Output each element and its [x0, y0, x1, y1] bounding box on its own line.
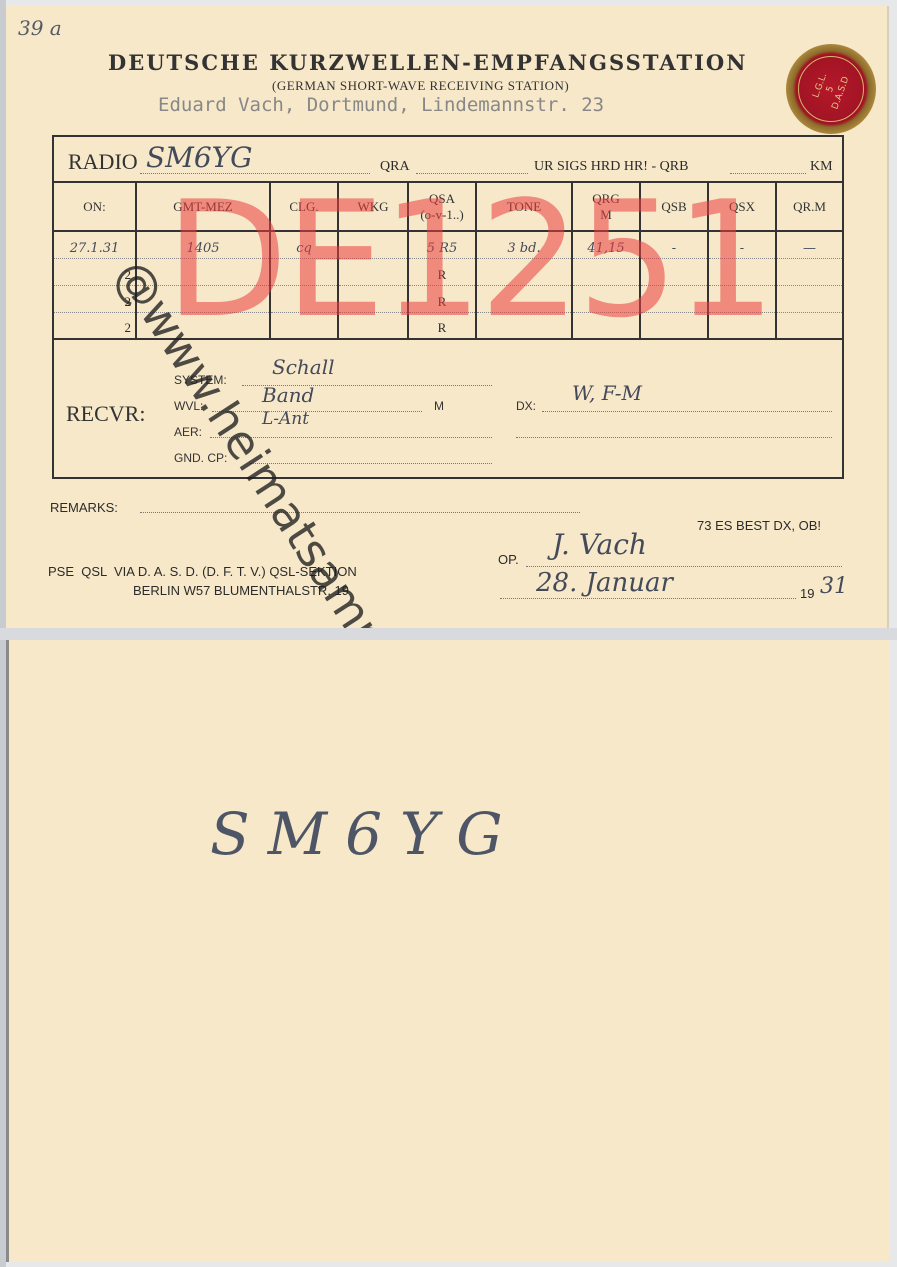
dx-dotted-line — [542, 411, 832, 412]
operator-label: OP. — [498, 552, 519, 567]
aer-label: AER: — [174, 425, 202, 439]
remarks-label: REMARKS: — [50, 500, 118, 515]
dx-label: DX: — [516, 399, 536, 413]
wax-seal-icon: L.G.L. 5 D.A.S.D — [786, 44, 876, 134]
scan-gap — [0, 628, 897, 640]
cell-qrm — [776, 285, 842, 312]
card-title: DEUTSCHE KURZWELLEN-EMPFANGSSTATION — [108, 50, 747, 75]
system-value: Schall — [272, 355, 335, 379]
radio-label: RADIO — [68, 149, 138, 175]
qsl-card-back — [6, 640, 890, 1262]
back-callsign: SM6YG — [210, 800, 521, 868]
cell-qrm: — — [776, 231, 842, 258]
receiver-label: RECVR: — [66, 401, 145, 427]
aer-value: L-Ant — [262, 409, 309, 429]
dx-value: W, F-M — [572, 381, 642, 405]
cell-qrm — [776, 258, 842, 285]
archive-number: 39 a — [18, 16, 62, 40]
seal-ring: L.G.L. 5 D.A.S.D — [798, 56, 864, 122]
sender-address: Eduard Vach, Dortmund, Lindemannstr. 23 — [158, 94, 604, 116]
wvl-value: Band — [262, 383, 314, 407]
cell-date: 27.1.31 — [54, 231, 136, 258]
remarks-dotted-line — [140, 512, 580, 513]
year-prefix: 19 — [800, 586, 814, 601]
cell-date: 2 — [54, 312, 136, 339]
seal-text: L.G.L. 5 D.A.S.D — [810, 67, 853, 110]
cell-qrm — [776, 312, 842, 339]
header-qrm: QR.M — [776, 183, 842, 231]
operator-signature: J. Vach — [552, 528, 647, 561]
aer-dotted-line-2 — [516, 437, 832, 438]
date-dotted-line — [500, 598, 796, 599]
card-subtitle: (GERMAN SHORT-WAVE RECEIVING STATION) — [272, 78, 569, 94]
header-on: ON: — [54, 183, 136, 231]
closing-greeting: 73 ES BEST DX, OB! — [697, 518, 821, 533]
year-value: 31 — [820, 574, 848, 599]
m-label: M — [434, 399, 444, 413]
red-crayon-stamp: DE1251 — [165, 180, 772, 340]
date-value: 28. Januar — [536, 568, 673, 598]
operator-dotted-line — [526, 566, 842, 567]
km-label: KM — [810, 159, 833, 175]
